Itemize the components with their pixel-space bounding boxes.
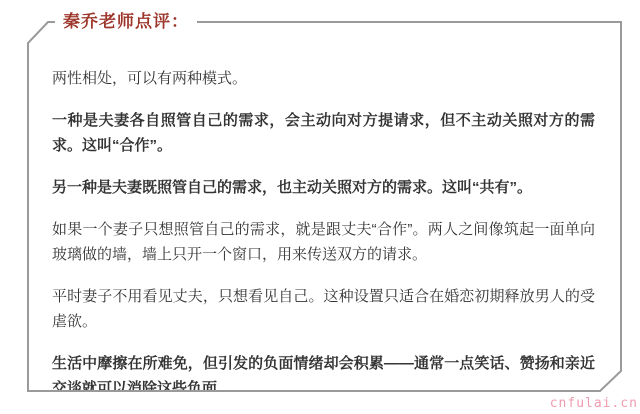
paragraph-early-marriage: 平时妻子不用看见丈夫，只想看见自己。这种设置只适合在婚恋初期释放男人的受虐欲。	[52, 284, 595, 334]
paragraph-intro: 两性相处，可以有两种模式。	[52, 66, 595, 91]
paragraph-mode-cooperation: 一种是夫妻各自照管自己的需求，会主动向对方提请求，但不主动关照对方的需求。这叫“…	[52, 108, 595, 158]
paragraph-mode-sharing: 另一种是夫妻既照管自己的需求，也主动关照对方的需求。这叫“共有”。	[52, 175, 595, 200]
paragraph-glass-wall: 如果一个妻子只想照管自己的需求，就是跟丈夫“合作”。两人之间像筑起一面单向玻璃做…	[52, 217, 595, 267]
paragraph-highlight-conclusion: 生活中摩擦在所难免，但引发的负面情绪却会积累——通常一点笑话、赞扬和亲近交谈就可…	[52, 351, 595, 391]
comment-body: 两性相处，可以有两种模式。 一种是夫妻各自照管自己的需求，会主动向对方提请求，但…	[28, 22, 621, 391]
site-watermark: cnfulai.cn	[550, 396, 638, 411]
section-title: 秦乔老师点评：	[55, 11, 197, 33]
